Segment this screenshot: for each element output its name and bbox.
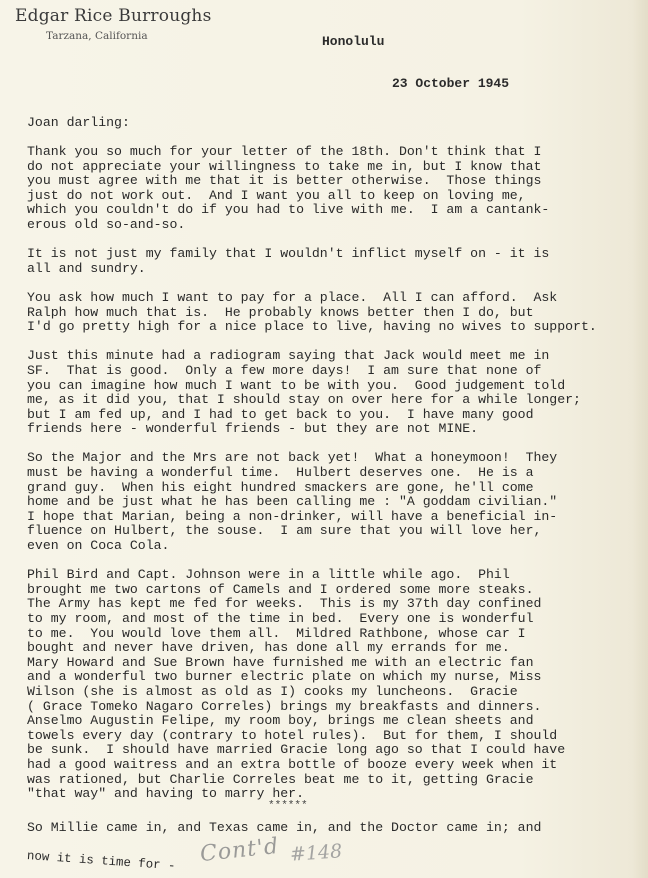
text-line: Just this minute had a radiogram saying … <box>27 349 645 364</box>
text-line: you can imagine how much I want to be wi… <box>27 379 645 394</box>
text-line: and a wonderful two burner electric plat… <box>27 670 645 685</box>
closing-line: So Millie came in, and Texas came in, an… <box>27 820 541 835</box>
letterhead-place: Tarzana, California <box>46 30 148 42</box>
text-line: erous old so-and-so. <box>27 218 645 233</box>
text-line: The Army has kept me fed for weeks. This… <box>27 597 645 612</box>
text-line: Wilson (she is almost as old as I) cooks… <box>27 685 645 700</box>
text-line: Mary Howard and Sue Brown have furnished… <box>27 656 645 671</box>
text-line: which you couldn't do if you had to live… <box>27 203 645 218</box>
text-line: Ralph how much that is. He probably know… <box>27 306 645 321</box>
paragraph: You ask how much I want to pay for a pla… <box>27 291 645 335</box>
letter-body: Thank you so much for your letter of the… <box>27 145 645 816</box>
text-line: you must agree with me that it is better… <box>27 174 645 189</box>
text-line: friends here - wonderful friends - but t… <box>27 422 645 437</box>
text-line: I'd go pretty high for a nice place to l… <box>27 320 645 335</box>
text-line: but I am fed up, and I had to get back t… <box>27 408 645 423</box>
text-line: You ask how much I want to pay for a pla… <box>27 291 645 306</box>
text-line: just do not work out. And I want you all… <box>27 189 645 204</box>
paragraph: It is not just my family that I wouldn't… <box>27 247 645 276</box>
paragraph: Phil Bird and Capt. Johnson were in a li… <box>27 568 645 802</box>
text-line: me, as it did you, that I should stay on… <box>27 393 645 408</box>
letter-date: 23 October 1945 <box>392 76 509 91</box>
text-line: had a good waitress and an extra bottle … <box>27 758 645 773</box>
text-line: do not appreciate your willingness to ta… <box>27 160 645 175</box>
letter-location: Honolulu <box>322 34 384 49</box>
text-line: towels every day (contrary to hotel rule… <box>27 729 645 744</box>
text-line: grand guy. When his eight hundred smacke… <box>27 481 645 496</box>
text-line: brought me two cartons of Camels and I o… <box>27 583 645 598</box>
text-line: I hope that Marian, being a non-drinker,… <box>27 510 645 525</box>
text-line: to my room, and most of the time in bed.… <box>27 612 645 627</box>
section-separator: ****** <box>268 800 308 812</box>
text-line: bought and never have driven, has done a… <box>27 641 645 656</box>
text-line: to me. You would love them all. Mildred … <box>27 627 645 642</box>
text-line: even on Coca Cola. <box>27 539 645 554</box>
text-line: "that way" and having to marry her. <box>27 787 645 802</box>
handwritten-number: #148 <box>289 840 343 866</box>
paragraph: Just this minute had a radiogram saying … <box>27 349 645 437</box>
text-line: be sunk. I should have married Gracie lo… <box>27 743 645 758</box>
text-line: So the Major and the Mrs are not back ye… <box>27 451 645 466</box>
paragraph: Thank you so much for your letter of the… <box>27 145 645 233</box>
text-line: Anselmo Augustin Felipe, my room boy, br… <box>27 714 645 729</box>
text-line: ( Grace Tomeko Nagaro Correles) brings m… <box>27 700 645 715</box>
letterhead-name: Edgar Rice Burroughs <box>15 6 212 26</box>
text-line: It is not just my family that I wouldn't… <box>27 247 645 262</box>
text-line: must be having a wonderful time. Hulbert… <box>27 466 645 481</box>
text-line: home and be just what he has been callin… <box>27 495 645 510</box>
salutation: Joan darling: <box>27 115 130 130</box>
paragraph: So the Major and the Mrs are not back ye… <box>27 451 645 553</box>
text-line: SF. That is good. Only a few more days! … <box>27 364 645 379</box>
text-line: Phil Bird and Capt. Johnson were in a li… <box>27 568 645 583</box>
text-line: all and sundry. <box>27 262 645 277</box>
text-line: Thank you so much for your letter of the… <box>27 145 645 160</box>
text-line: fluence on Hulbert, the souse. I am sure… <box>27 524 645 539</box>
text-line: was rationed, but Charlie Correles beat … <box>27 773 645 788</box>
